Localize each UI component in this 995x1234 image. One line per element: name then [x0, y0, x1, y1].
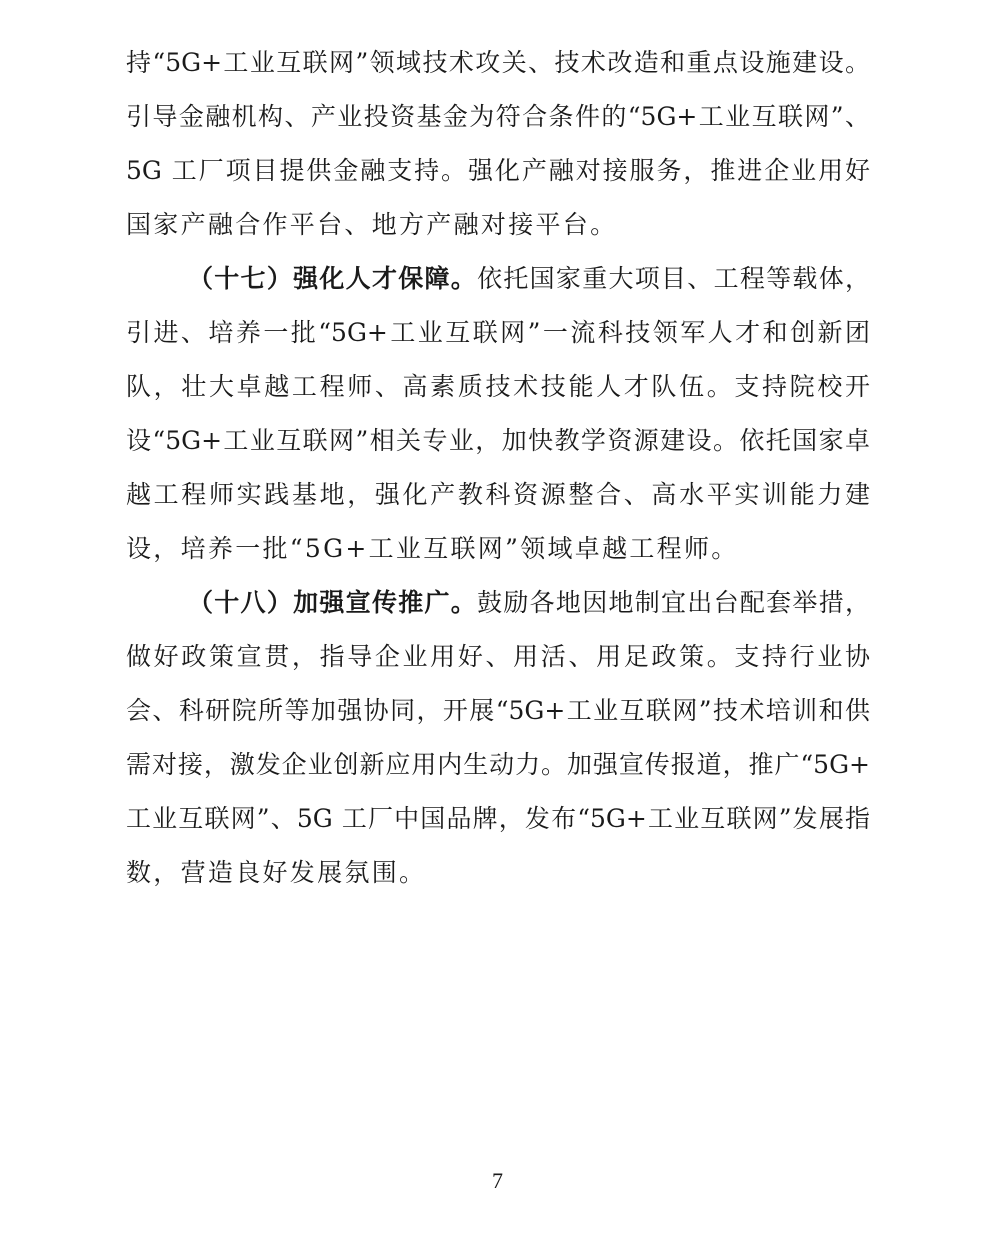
- text-line: 设，培养一批“5G+工业互联网”领域卓越工程师。: [126, 532, 739, 566]
- page-number: 7: [0, 1168, 995, 1194]
- text-line: 需对接，激发企业创新应用内生动力。加强宣传报道，推广“5G+: [126, 748, 870, 782]
- text-line: 引导金融机构、产业投资基金为符合条件的“5G+工业互联网”、: [126, 100, 870, 134]
- text-line: 工业互联网”、5G 工厂中国品牌，发布“5G+工业互联网”发展指: [126, 802, 870, 836]
- section-heading: （十七）强化人才保障。: [188, 264, 477, 293]
- text-line: （十七）强化人才保障。依托国家重大项目、工程等载体，: [126, 262, 870, 296]
- text-run: 鼓励各地因地制宜出台配套举措，: [477, 588, 870, 617]
- text-line: 国家产融合作平台、地方产融对接平台。: [126, 208, 617, 242]
- text-line: 引进、培养一批“5G+工业互联网”一流科技领军人才和创新团: [126, 316, 870, 350]
- text-line: 持“5G+工业互联网”领域技术攻关、技术改造和重点设施建设。: [126, 46, 870, 80]
- text-line: 设“5G+工业互联网”相关专业，加快教学资源建设。依托国家卓: [126, 424, 870, 458]
- text-line: 队，壮大卓越工程师、高素质技术技能人才队伍。支持院校开: [126, 370, 870, 404]
- text-line: （十八）加强宣传推广。鼓励各地因地制宜出台配套举措，: [126, 586, 870, 620]
- text-line: 5G 工厂项目提供金融支持。强化产融对接服务，推进企业用好: [126, 154, 870, 188]
- text-line: 做好政策宣贯，指导企业用好、用活、用足政策。支持行业协: [126, 640, 870, 674]
- text-run: 依托国家重大项目、工程等载体，: [477, 264, 870, 293]
- text-line: 会、科研院所等加强协同，开展“5G+工业互联网”技术培训和供: [126, 694, 870, 728]
- section-heading: （十八）加强宣传推广。: [188, 588, 477, 617]
- text-line: 数，营造良好发展氛围。: [126, 856, 426, 890]
- text-line: 越工程师实践基地，强化产教科资源整合、高水平实训能力建: [126, 478, 870, 512]
